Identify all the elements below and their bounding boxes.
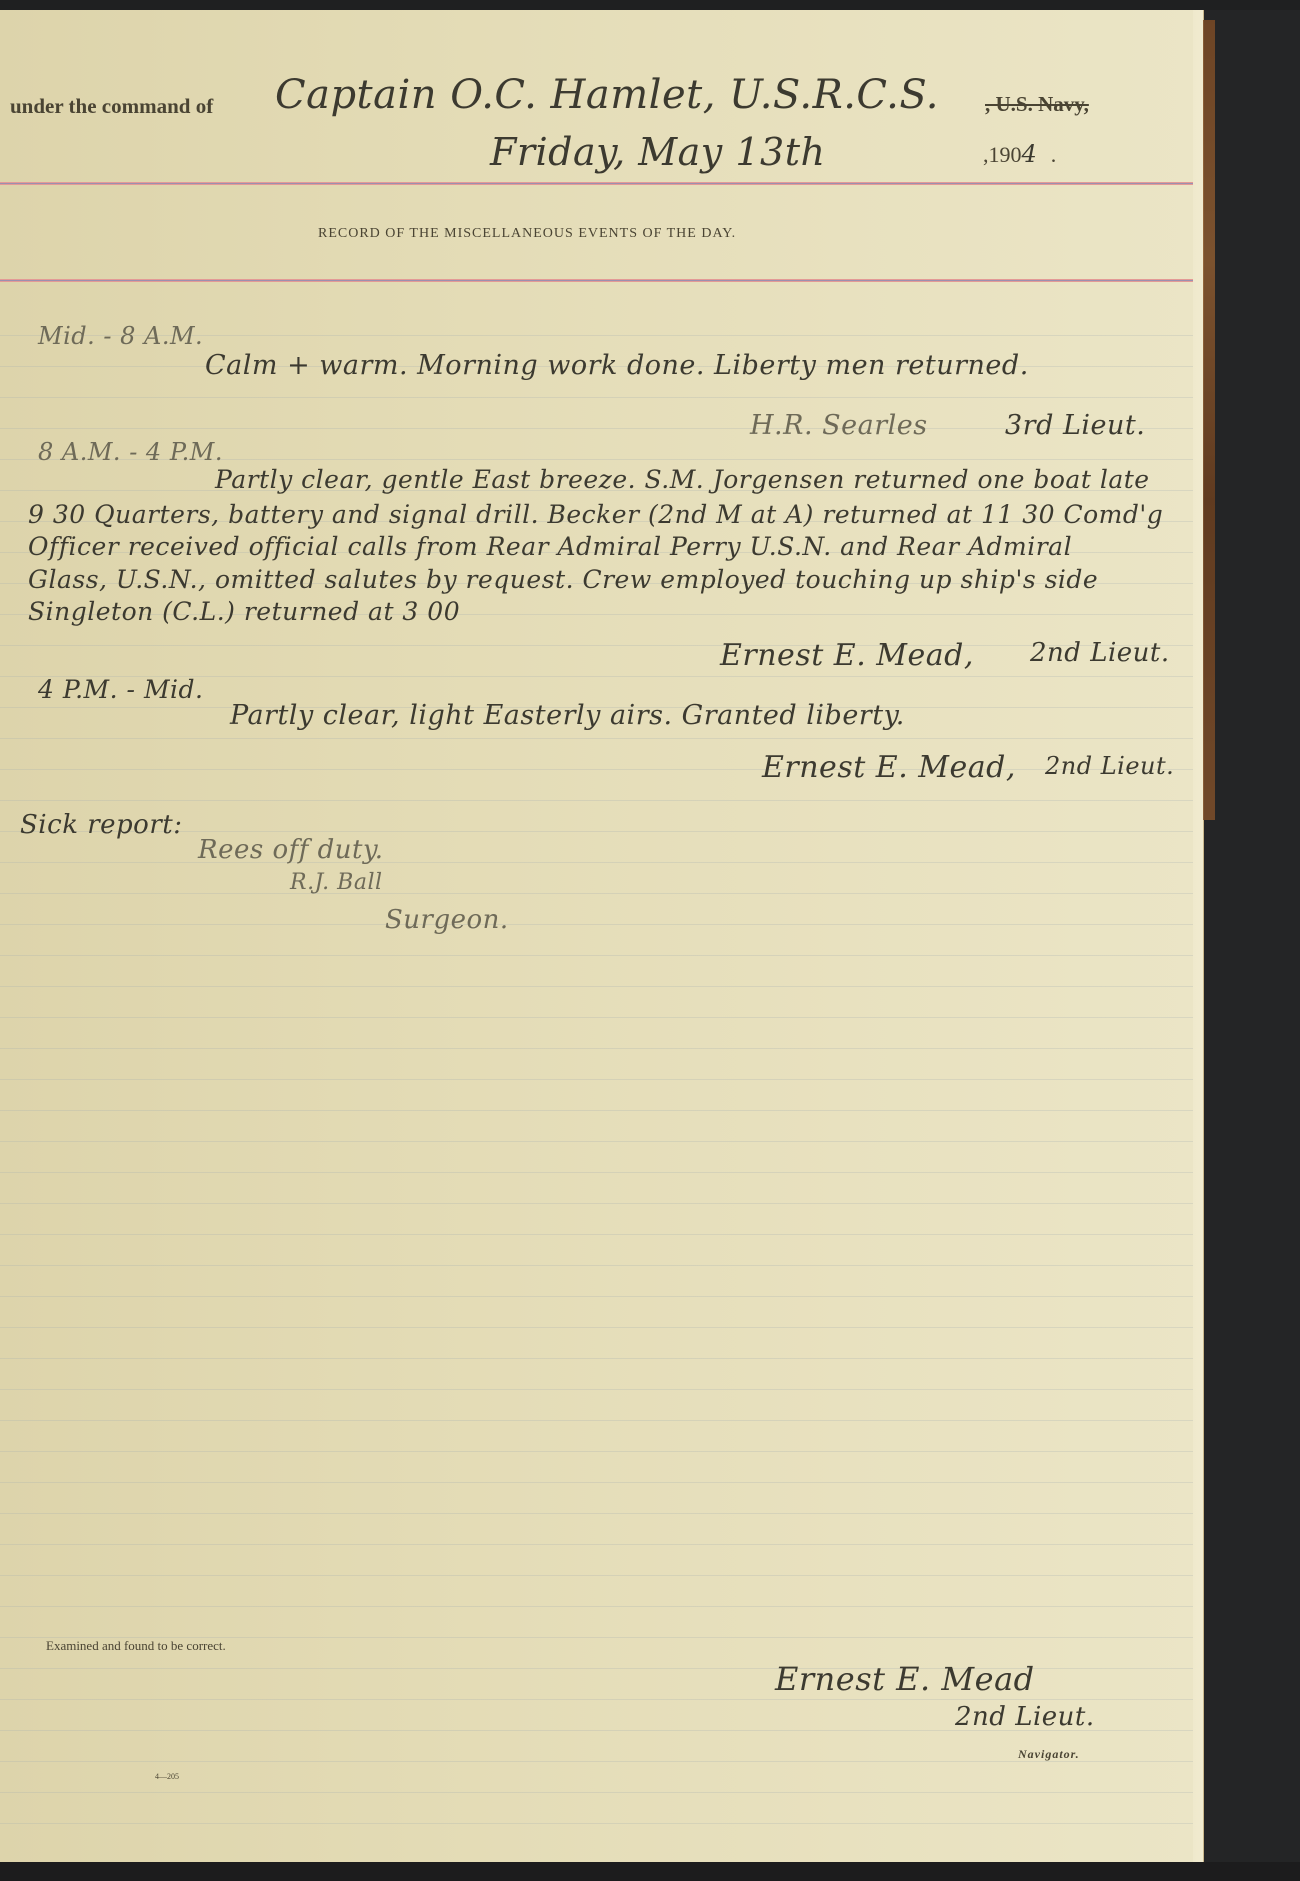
surgeon-title: Surgeon.: [385, 905, 509, 935]
watch-entry-line: 9 30 Quarters, battery and signal drill.…: [28, 500, 1163, 529]
surgeon-signature: R.J. Ball: [290, 870, 383, 895]
scanner-background-bottom: [0, 1862, 1300, 1881]
watch-rank: 2nd Lieut.: [1045, 752, 1174, 780]
section-rule: [0, 279, 1193, 282]
watch-entry-line: Officer received official calls from Rea…: [28, 532, 1072, 561]
year: ,1904 .: [983, 140, 1056, 168]
watch-period: 8 A.M. - 4 P.M.: [38, 438, 223, 466]
watch-period: Mid. - 8 A.M.: [38, 322, 203, 350]
watch-signature: Ernest E. Mead,: [720, 638, 974, 673]
watch-entry-line: Partly clear, gentle East breeze. S.M. J…: [215, 465, 1150, 494]
watch-signature: H.R. Searles: [750, 410, 928, 441]
commander-name: Captain O.C. Hamlet, U.S.R.C.S.: [275, 72, 939, 118]
navigator-rank: 2nd Lieut.: [955, 1702, 1095, 1732]
watch-entry-line: Glass, U.S.N., omitted salutes by reques…: [28, 565, 1098, 594]
service-printed: , U.S. Navy,: [985, 92, 1089, 117]
watch-entry-line: Calm + warm. Morning work done. Liberty …: [205, 350, 1029, 381]
year-printed: ,190: [983, 142, 1022, 167]
book-binding-edge: [1203, 20, 1215, 820]
sick-report-label: Sick report:: [20, 810, 182, 840]
log-page: under the command of Captain O.C. Hamlet…: [0, 10, 1203, 1862]
day-date: Friday, May 13th: [490, 130, 825, 174]
watch-period: 4 P.M. - Mid.: [38, 675, 203, 704]
scanner-background-top: [0, 0, 1300, 10]
navigator-role: Navigator.: [1018, 1747, 1080, 1762]
watch-rank: 2nd Lieut.: [1030, 638, 1170, 668]
watch-signature: Ernest E. Mead,: [762, 750, 1016, 785]
examined-text: Examined and found to be correct.: [46, 1638, 226, 1654]
form-number: 4—205: [155, 1772, 179, 1781]
year-end: .: [1051, 142, 1057, 167]
command-label: under the command of: [10, 94, 213, 119]
watch-entry-line: Singleton (C.L.) returned at 3 00: [28, 597, 460, 626]
navigator-signature: Ernest E. Mead: [775, 1660, 1035, 1698]
section-title: RECORD OF THE MISCELLANEOUS EVENTS OF TH…: [318, 226, 736, 242]
sick-report-entry: Rees off duty.: [198, 835, 383, 865]
watch-rank: 3rd Lieut.: [1005, 410, 1145, 441]
year-handwritten: 4: [1022, 140, 1038, 168]
watch-entry-line: Partly clear, light Easterly airs. Grant…: [230, 700, 905, 731]
header-rule: [0, 182, 1193, 185]
